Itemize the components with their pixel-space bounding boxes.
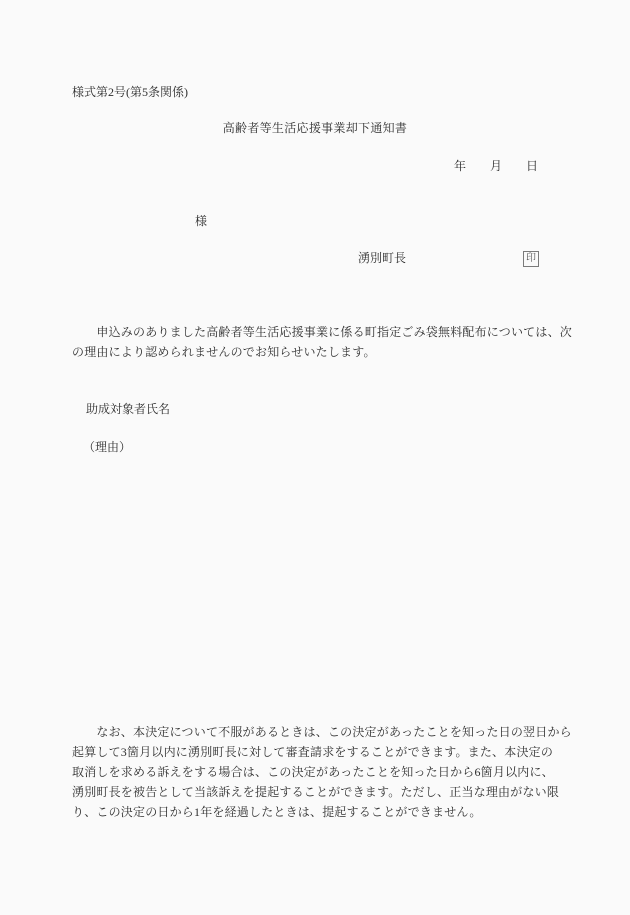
document-page: 様式第2号(第5条関係) 高齢者等生活応援事業却下通知書 年 月 日 様 湧別町… <box>0 0 630 915</box>
date-line: 年 月 日 <box>454 159 538 173</box>
reason-label: （理由） <box>83 440 131 454</box>
document-title: 高齢者等生活応援事業却下通知書 <box>0 121 630 135</box>
note-paragraph: なお、本決定について不服があるときは、この決定があったことを知った日の翌日から … <box>72 722 612 822</box>
seal-box: 印 <box>523 251 539 267</box>
sender-title: 湧別町長 <box>358 251 406 265</box>
recipient-name-label: 助成対象者氏名 <box>86 402 170 416</box>
addressee-honorific: 様 <box>195 214 207 228</box>
form-number: 様式第2号(第5条関係) <box>72 85 188 99</box>
body-paragraph: 申込みのありました高齢者等生活応援事業に係る町指定ごみ袋無料配布については、次 … <box>72 322 612 362</box>
seal-mark-icon: 印 <box>526 254 536 264</box>
